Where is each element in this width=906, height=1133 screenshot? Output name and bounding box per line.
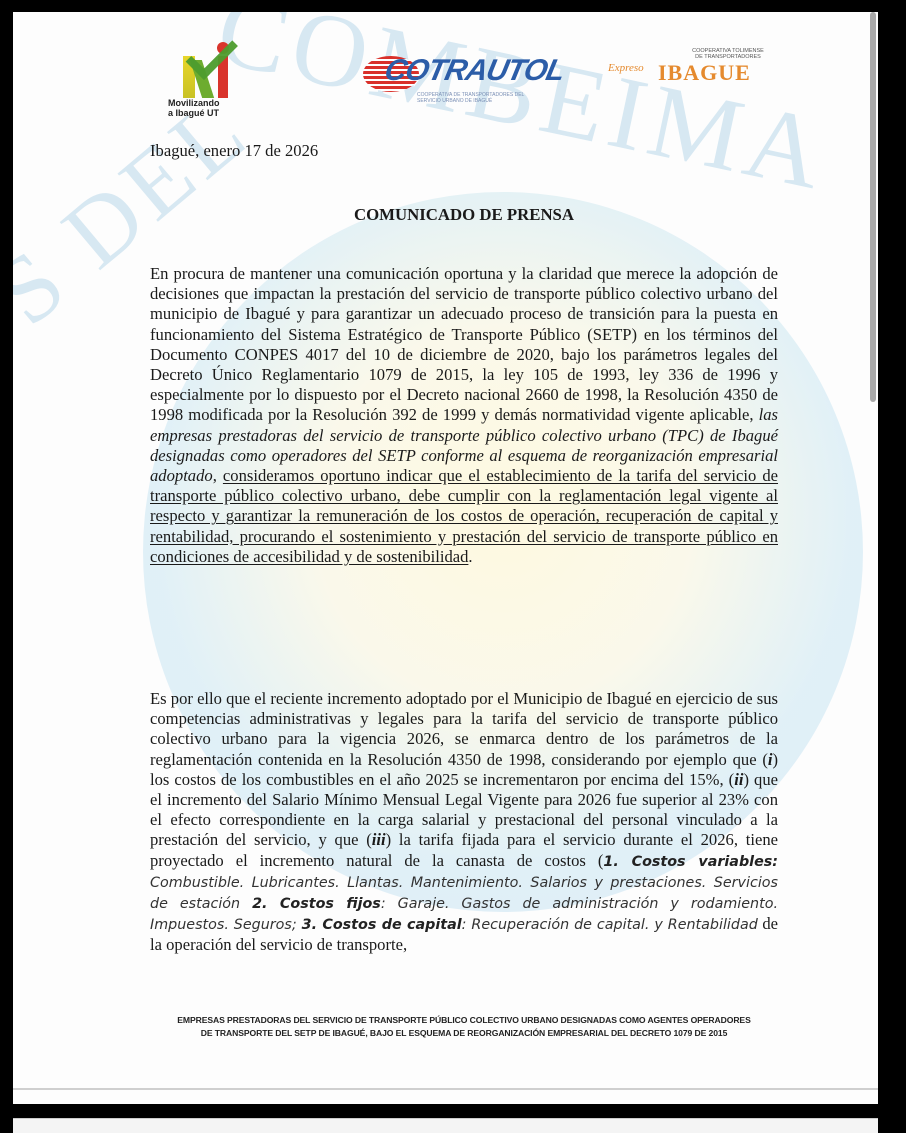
document-title: COMUNICADO DE PRENSA: [150, 205, 778, 225]
paragraph-1: En procura de mantener una comunicación …: [150, 264, 778, 567]
next-page-edge: [13, 1118, 878, 1133]
underlined-statement: consideramos oportuno indicar que el est…: [150, 466, 778, 566]
page-divider: [13, 1088, 878, 1090]
watermark-text-top: COMBEIMA: [207, 12, 838, 214]
document-page: S DEL COMBEIMA Movilizando a Ibagué UT C…: [13, 12, 878, 1104]
paragraph-2: Es por ello que el reciente incremento a…: [150, 689, 778, 956]
movilizando-logo: Movilizando a Ibagué UT: [168, 26, 258, 116]
expreso-ibague-logo: COOPERATIVA TOLIMENSE DE TRANSPORTADORES…: [608, 48, 768, 94]
document-footer: EMPRESAS PRESTADORAS DEL SERVICIO DE TRA…: [150, 1014, 778, 1040]
document-date: Ibagué, enero 17 de 2026: [150, 141, 318, 161]
movilizando-caption: Movilizando a Ibagué UT: [168, 98, 268, 118]
vertical-scrollbar[interactable]: [870, 12, 876, 402]
cotrautol-logo: COTRAUTOL COOPERATIVA DE TRANSPORTADORES…: [363, 50, 553, 110]
